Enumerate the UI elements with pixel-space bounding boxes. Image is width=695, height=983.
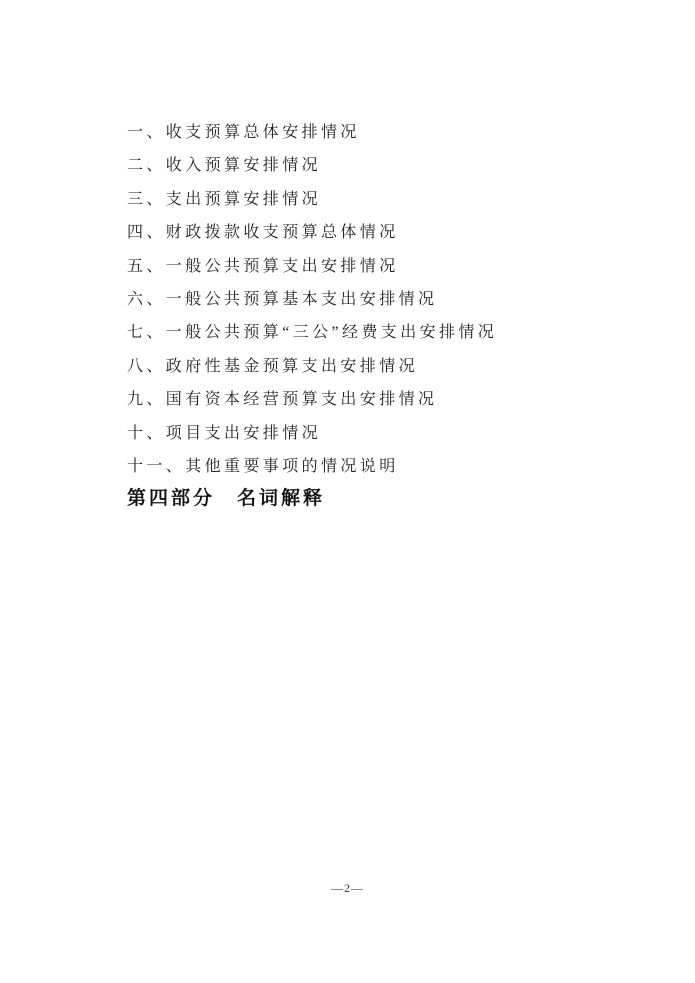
toc-item: 三、支出预算安排情况 [127, 183, 655, 216]
toc-item: 一、收支预算总体安排情况 [127, 116, 655, 149]
document-page: 一、收支预算总体安排情况 二、收入预算安排情况 三、支出预算安排情况 四、财政拨… [0, 0, 695, 983]
toc-item: 九、国有资本经营预算支出安排情况 [127, 383, 655, 416]
toc-item: 五、一般公共预算支出安排情况 [127, 250, 655, 283]
toc-item: 四、财政拨款收支预算总体情况 [127, 216, 655, 249]
toc-item: 十、项目支出安排情况 [127, 417, 655, 450]
toc-item: 六、一般公共预算基本支出安排情况 [127, 283, 655, 316]
table-of-contents: 一、收支预算总体安排情况 二、收入预算安排情况 三、支出预算安排情况 四、财政拨… [127, 116, 655, 515]
page-number: —2— [0, 881, 695, 896]
toc-item: 八、政府性基金预算支出安排情况 [127, 350, 655, 383]
toc-item: 七、一般公共预算“三公”经费支出安排情况 [127, 316, 655, 349]
toc-item: 十一、其他重要事项的情况说明 [127, 450, 655, 483]
toc-item: 二、收入预算安排情况 [127, 149, 655, 182]
section-heading: 第四部分 名词解释 [127, 482, 655, 515]
